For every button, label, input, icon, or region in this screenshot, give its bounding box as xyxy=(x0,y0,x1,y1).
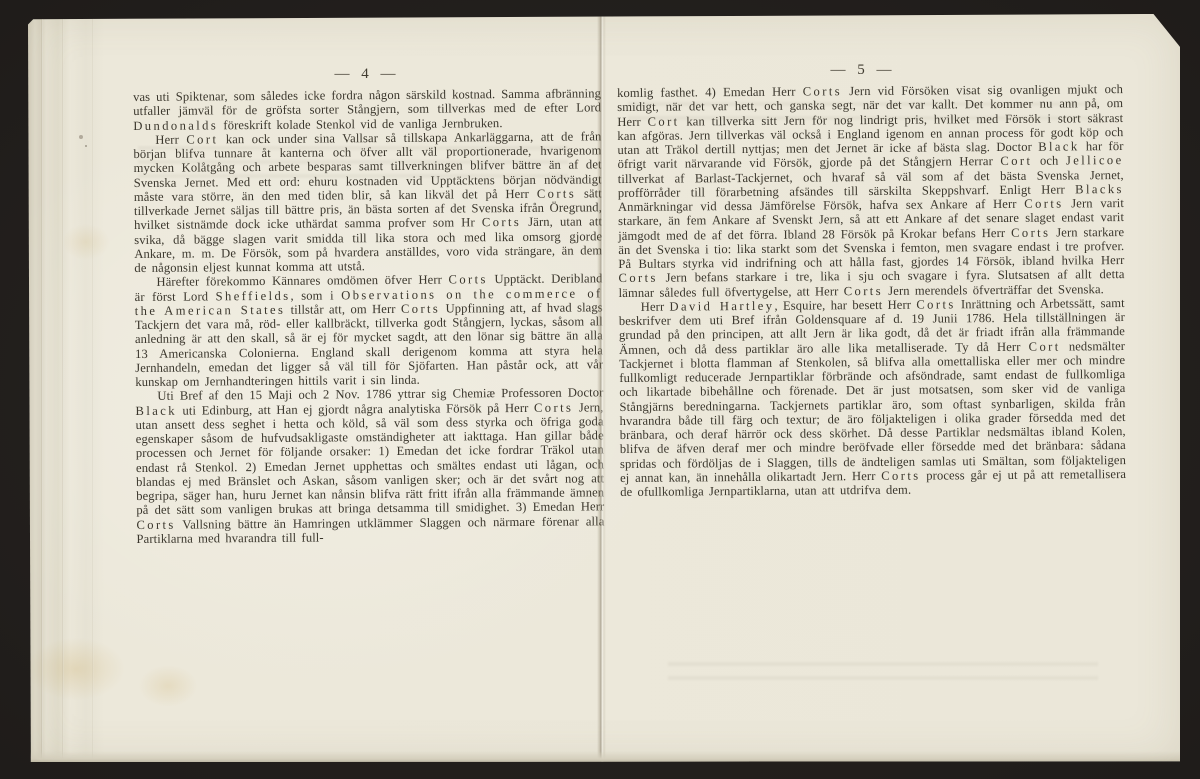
paragraph: Herr David Hartley, Esquire, har besett … xyxy=(619,296,1127,499)
page-number-right: — 5 — xyxy=(617,62,1109,79)
sheet-edge-line xyxy=(92,14,94,762)
paragraph: komlig fasthet. 4) Emedan Herr Corts Jer… xyxy=(617,82,1125,300)
paragraph: Uti Bref af den 15 Maji och 2 Nov. 1786 … xyxy=(135,386,604,546)
page-5-text-column: komlig fasthet. 4) Emedan Herr Corts Jer… xyxy=(617,82,1126,499)
sheet-edge-line xyxy=(41,14,43,762)
center-fold xyxy=(597,14,606,762)
sheet-bottom-edge xyxy=(28,751,1180,762)
page-4-text-column: vas uti Spiktenar, som således icke ford… xyxy=(133,86,605,546)
paragraph: Herr Cort kan ock under sina Vallsar så … xyxy=(133,129,602,275)
sheet-edge-line xyxy=(62,14,64,762)
document-sheet: — 4 — — 5 — vas uti Spiktenar, som såled… xyxy=(28,14,1180,762)
paragraph: vas uti Spiktenar, som således icke ford… xyxy=(133,86,601,132)
ink-showthrough xyxy=(668,662,1098,680)
paper-blemish xyxy=(79,135,83,139)
paper-blemish xyxy=(85,145,87,147)
page-number-left: — 4 — xyxy=(133,66,601,83)
paragraph: Härefter förekommo Kännares omdömen öfve… xyxy=(134,272,603,390)
